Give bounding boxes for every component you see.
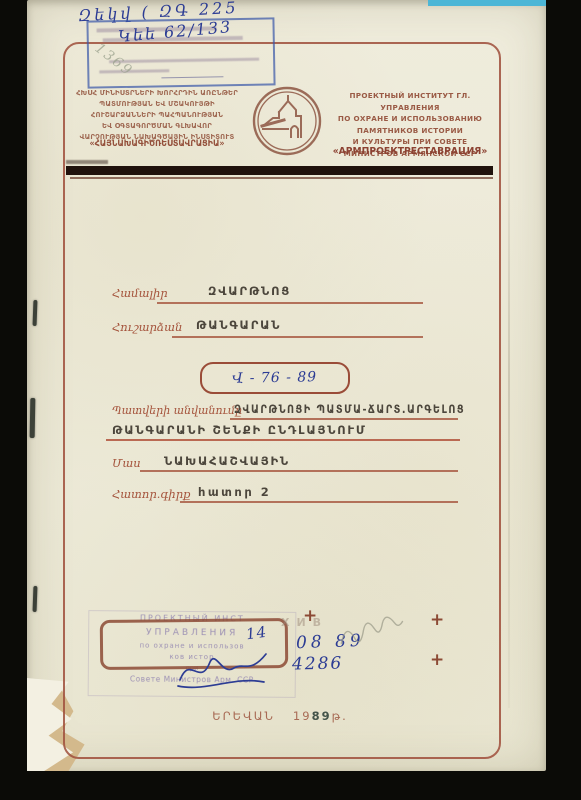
armenian-line: ՀԽՍՀ ՄԻՆԻՍՏՐՆԵՐԻ ԽՈՐՀՐԴԻՆ ԱՌԸՆԹԵՐ (67, 88, 247, 99)
church-emblem-icon (250, 84, 324, 158)
handwritten-project-code: Վ - 76 - 89 (232, 369, 317, 386)
imprint-line: ԵՐԵՎԱՆ1989թ. (63, 709, 497, 723)
divider-bar (66, 166, 493, 175)
registration-cross: + (303, 606, 317, 626)
year-prefix: 19 (293, 709, 312, 723)
registration-cross: + (430, 650, 444, 670)
part-field-label: Մաս (112, 456, 141, 470)
volume-field-label: Հատոր.գիրք (112, 487, 190, 501)
order-name-label: Պատվերի անվանումը (112, 404, 242, 417)
registration-cross: + (430, 610, 444, 630)
complex-field-value: ԶՎԱՐԹՆՈՑ (208, 284, 291, 298)
project-code-box: Վ - 76 - 89 (200, 362, 350, 394)
complex-field-label: Համալիր (112, 286, 168, 300)
field-underline (172, 336, 423, 338)
field-underline (157, 302, 423, 304)
order-name-value-line2: ԹԱՆԳԱՐԱՆԻ ՇԵՆՔԻ ԸՆԴԼԱՅՆՈՒՄ (112, 423, 367, 437)
binding-hole (30, 398, 36, 438)
russian-line: ПАМЯТНИКОВ ИСТОРИИ (325, 125, 495, 137)
handwritten-day: 14 (245, 623, 268, 644)
year-letter: թ. (332, 709, 348, 723)
armenian-line: ԵՎ ՕԳՏԱԳՈՐԾՄԱՆ ԳԼԽԱՎՈՐ (67, 121, 247, 132)
stamp-smudge (99, 69, 169, 73)
stamp-smudge (109, 58, 259, 64)
field-underline (140, 470, 458, 472)
field-underline (180, 501, 458, 503)
stamp-rule (161, 76, 223, 78)
city-name: ԵՐԵՎԱՆ (212, 709, 275, 723)
scanned-document-cover: Զեկվ ( ԶԳ 225 Կեե 62/133 1369 ՀԽՍՀ ՄԻՆԻՍ… (0, 0, 581, 800)
russian-line: ПРОЕКТНЫЙ ИНСТИТУТ ГЛ. УПРАВЛЕНИЯ (325, 90, 495, 113)
field-underline (230, 418, 458, 420)
monument-field-value: ԹԱՆԳԱՐԱՆ (196, 318, 281, 332)
institute-title-russian: «АРМПРОЕКТРЕСТАВРАЦИЯ» (329, 146, 491, 157)
print-smudge (66, 160, 108, 164)
volume-field-value: հատոր 2 (198, 485, 271, 499)
armenian-line: ՊԱՏՄՈՒԹՅԱՆ ԵՎ ՄՇԱԿՈՒՅԹԻ (67, 99, 247, 110)
institute-name-armenian: ՀԽՍՀ ՄԻՆԻՍՏՐՆԵՐԻ ԽՈՐՀՐԴԻՆ ԱՌԸՆԹԵՐ ՊԱՏՄՈՒ… (67, 88, 247, 143)
handwritten-archive-number: 4286 (292, 654, 344, 675)
part-field-value: ՆԱԽԱՀԱՇՎԱՅԻՆ (164, 454, 290, 468)
paper-crease (508, 48, 510, 708)
monument-field-label: Հուշարձան (112, 320, 182, 334)
order-name-value-line1: ԶՎԱՐԹՆՈՑԻ ՊԱՏՄԱ-ՃԱՐՏ.ԱՐԳԵԼՈՑ (234, 402, 465, 416)
divider-rule (70, 177, 493, 179)
institute-title-armenian: «ՀԱՅՆԱԽԱԳԻԾՌԵՍՏԱՎՐԱՑԻԱ» (75, 139, 239, 149)
year-stamped: 89 (312, 709, 332, 723)
russian-line: ПО ОХРАНЕ И ИСПОЛЬЗОВАНИЮ (325, 113, 495, 125)
scan-edge-artifact (428, 0, 546, 6)
field-underline (106, 439, 460, 441)
armenian-line: ՀՈՒՇԱՐՁԱՆՆԵՐԻ ՊԱՀՊԱՆՈՒԹՅԱՆ (67, 110, 247, 121)
signature (176, 646, 270, 692)
